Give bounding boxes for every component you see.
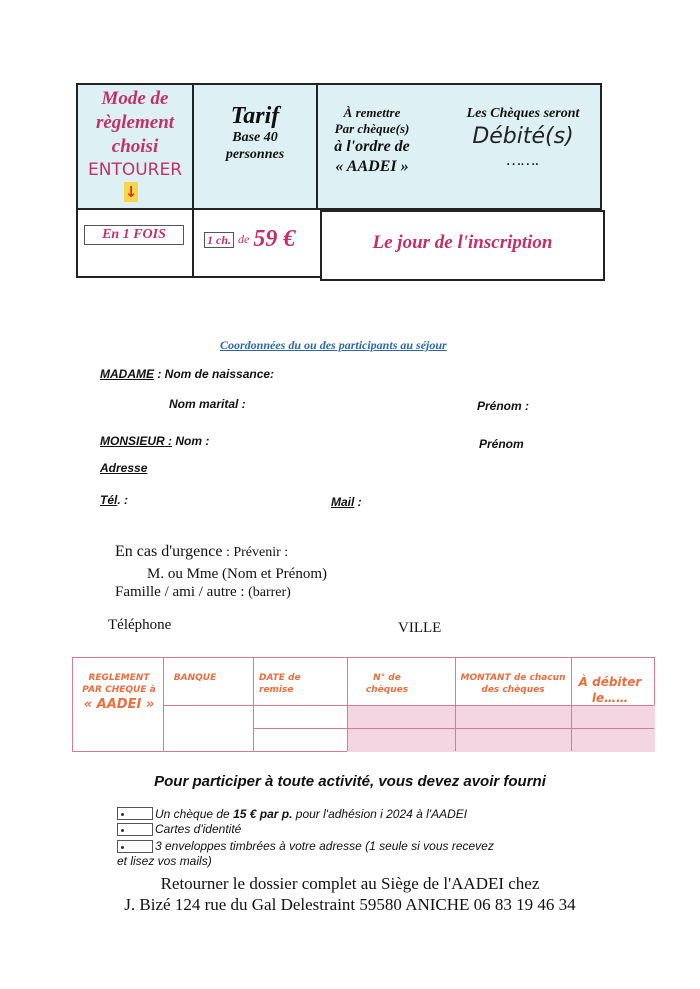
cheque-table: REGLEMENT PAR CHEQUE à « AADEI » BANQUE …: [72, 657, 655, 752]
col-montant: MONTANT de chacun des chèques: [455, 672, 571, 696]
tarif-header-cell: Tarif Base 40 personnes: [192, 83, 318, 210]
tarif-title: Tarif: [194, 103, 316, 130]
option-en-1-fois[interactable]: En 1 FOIS: [84, 225, 184, 245]
checkbox-enveloppes[interactable]: [117, 840, 153, 853]
urgence-telephone-field[interactable]: Téléphone: [108, 617, 171, 634]
remettre-header-cell: À remettre Par chèque(s) à l'ordre de « …: [316, 83, 602, 210]
tarif-subtitle: Base 40 personnes: [194, 129, 316, 163]
nom-marital-field[interactable]: Nom marital :: [169, 397, 246, 411]
debit-text: Les Chèques seront Débité(s) …….: [448, 105, 598, 171]
urgence-line1: En cas d'urgence : Prévenir :: [115, 543, 288, 561]
debit-date-cell: Le jour de l'inscription: [320, 210, 605, 281]
checkbox-cartes[interactable]: [117, 823, 153, 836]
tel-field[interactable]: Tél. :: [100, 493, 128, 507]
urgence-ville-field[interactable]: VILLE: [398, 620, 441, 637]
requirements-title: Pour participer à toute activité, vous d…: [0, 773, 700, 790]
footer-line1: Retourner le dossier complet au Siège de…: [0, 874, 700, 894]
remettre-text: À remettre Par chèque(s) à l'ordre de « …: [322, 105, 422, 177]
col-a-debiter: À débiter le……: [575, 674, 645, 706]
date-remise-input-2[interactable]: [254, 729, 347, 752]
date-remise-input-1[interactable]: [254, 706, 347, 728]
banque-input[interactable]: [164, 706, 253, 752]
option-cell: En 1 FOIS: [76, 208, 194, 278]
requirement-enveloppes: 3 enveloppes timbrées à votre adresse (1…: [155, 839, 494, 853]
requirement-cartes: Cartes d'identité: [155, 822, 241, 836]
mail-field[interactable]: Mail :: [331, 495, 362, 509]
footer-line2: J. Bizé 124 rue du Gal Delestraint 59580…: [0, 895, 700, 915]
requirement-cheque: Un chèque de 15 € par p. pour l'adhésion…: [155, 807, 467, 821]
checkbox-cheque[interactable]: [117, 807, 153, 820]
col-date-remise: DATE de remise: [259, 672, 309, 696]
adresse-field[interactable]: Adresse: [100, 461, 147, 475]
arrow-down-icon: ↓: [124, 182, 138, 202]
prenom-monsieur-field[interactable]: Prénom: [479, 437, 524, 451]
payment-mode-table: Mode de règlement choisi ENTOURER ↓ Tari…: [76, 83, 604, 281]
payment-mode-heading: Mode de règlement choisi: [78, 87, 192, 159]
prenom-madame-field[interactable]: Prénom :: [477, 399, 529, 413]
urgence-line3[interactable]: Famille / ami / autre : (barrer): [115, 584, 291, 601]
madame-field[interactable]: MADAME : Nom de naissance:: [100, 367, 274, 381]
entourer-label: ENTOURER: [78, 160, 192, 180]
col-banque: BANQUE: [165, 672, 225, 684]
urgence-line2[interactable]: M. ou Mme (Nom et Prénom): [147, 566, 327, 583]
price-amount: 59 €: [253, 226, 295, 252]
price-text: 1 ch. de 59 €: [204, 226, 295, 253]
cheque-table-label: REGLEMENT PAR CHEQUE à « AADEI »: [75, 672, 163, 714]
col-num-cheques: N° de chèques: [357, 672, 417, 696]
debit-date-text: Le jour de l'inscription: [322, 232, 603, 254]
participants-title: Coordonnées du ou des participants au sé…: [220, 338, 447, 353]
requirement-enveloppes-cont: et lisez vos mails): [117, 854, 212, 868]
price-cell: 1 ch. de 59 €: [192, 208, 322, 278]
payment-mode-header-cell: Mode de règlement choisi ENTOURER ↓: [76, 83, 194, 210]
cheque-count: 1 ch.: [204, 232, 234, 248]
monsieur-field[interactable]: MONSIEUR : Nom :: [100, 434, 209, 448]
